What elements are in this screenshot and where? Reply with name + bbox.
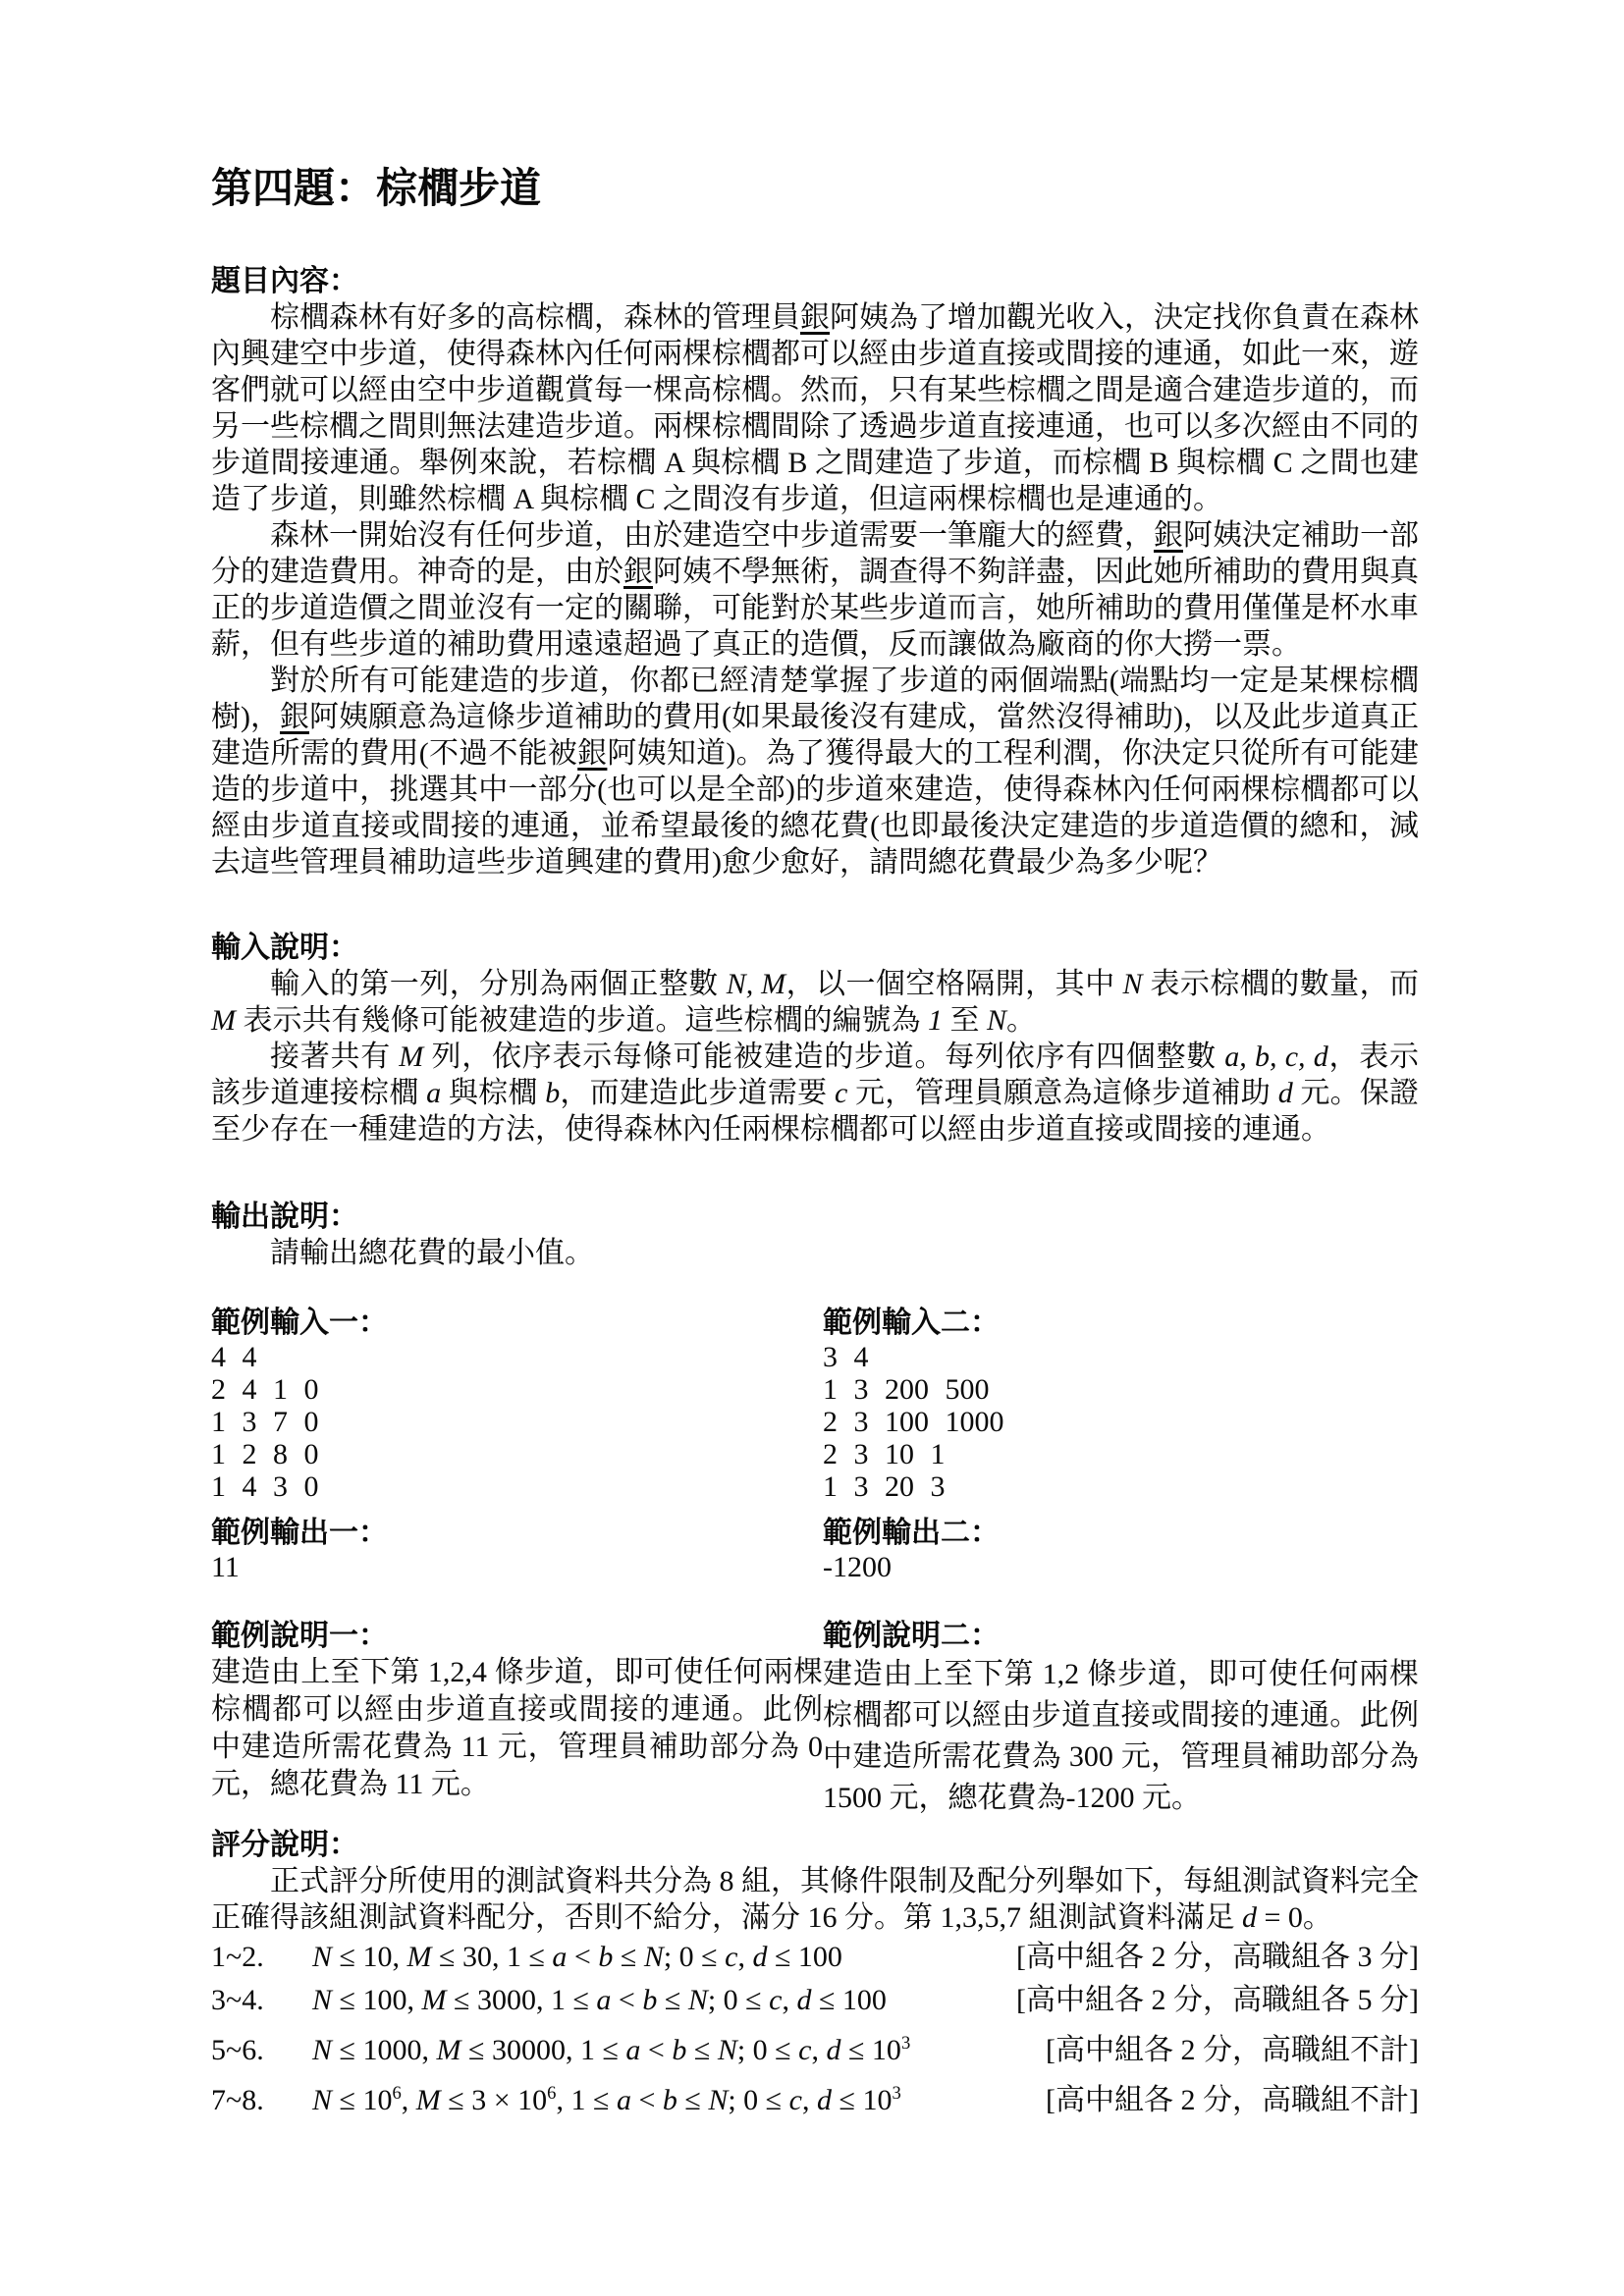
text-run: 組測試資料滿足 xyxy=(1021,1901,1242,1934)
text-run: ; 0 ≤ xyxy=(664,1941,725,1973)
text-run: d xyxy=(1242,1901,1257,1934)
sample-line: 3 4 xyxy=(823,1341,1419,1373)
sample-output-1-lines: 11 xyxy=(211,1551,823,1583)
text-run: ≤ 10 xyxy=(840,2034,900,2066)
heading-output-spec: 輸出說明： xyxy=(211,1199,1419,1235)
text-run: ≤ 30000, 1 ≤ xyxy=(460,2034,625,2066)
text-run: ，而建造此步道需要 xyxy=(560,1077,835,1109)
text-run: N xyxy=(312,1984,332,2016)
score-row-2-constraint: N ≤ 100, M ≤ 3000, 1 ≤ a < b ≤ N; 0 ≤ c,… xyxy=(312,1979,1016,2022)
sample-explanation-1: 範例說明一： 建造由上至下第 1,2,4 條步道，即可使任何兩棵棕櫚都可以經由步… xyxy=(211,1618,823,1819)
sample-line: 1 4 3 0 xyxy=(211,1470,823,1503)
text-run: d xyxy=(826,2034,840,2066)
text-run: ≤ 3 × 10 xyxy=(441,2084,547,2116)
text-run: 元。 xyxy=(1135,1782,1202,1814)
sample-input-1-lines: 4 42 4 1 01 3 7 01 2 8 01 4 3 0 xyxy=(211,1341,823,1503)
text-run: c xyxy=(798,2034,811,2066)
score-row-2-label: 3~4. xyxy=(211,1979,312,2022)
text-run: A xyxy=(664,447,683,479)
text-run: M xyxy=(406,1941,431,1973)
text-run: 8 xyxy=(720,1865,734,1897)
text-run: ≤ xyxy=(677,2084,708,2116)
text-run: 列，依序表示每條可能被建造的步道。每列依序有四個整數 xyxy=(423,1041,1224,1073)
text-run: 銀 xyxy=(577,737,607,770)
score-row-3-constraint: N ≤ 1000, M ≤ 30000, 1 ≤ a < b ≤ N; 0 ≤ … xyxy=(312,2022,1046,2072)
text-run: 表示共有幾條可能被建造的步道。這些棕櫚的編號為 xyxy=(236,1004,928,1037)
sample-line: 2 3 10 1 xyxy=(823,1438,1419,1470)
text-run: C xyxy=(636,483,656,515)
text-run: 3 xyxy=(892,2083,900,2104)
input-paragraph-1: 輸入的第一列，分別為兩個正整數 N, M，以一個空格隔開，其中 N 表示棕櫚的數… xyxy=(211,966,1419,1039)
text-run: a xyxy=(426,1077,441,1109)
text-run: a xyxy=(625,2034,640,2066)
text-run: 元，總花費為 xyxy=(882,1782,1066,1814)
text-run: 與棕櫚 xyxy=(1168,447,1272,479)
text-run: 至 xyxy=(943,1004,987,1037)
text-run: 16 xyxy=(808,1901,838,1934)
text-run: d xyxy=(817,2084,832,2116)
text-run: d xyxy=(796,1984,811,2016)
sample-line: 1 2 8 0 xyxy=(211,1438,823,1470)
text-run: a xyxy=(617,2084,631,2116)
sample-explanation-2: 範例說明二： 建造由上至下第 1,2 條步道，即可使任何兩棵棕櫚都可以經由步道直… xyxy=(823,1618,1419,1819)
score-row-4-constraint: N ≤ 106, M ≤ 3 × 106, 1 ≤ a < b ≤ N; 0 ≤… xyxy=(312,2072,1046,2122)
text-run: , xyxy=(802,2084,817,2116)
score-row-4-label: 7~8. xyxy=(211,2079,312,2122)
score-row-3: 5~6. N ≤ 1000, M ≤ 30000, 1 ≤ a < b ≤ N;… xyxy=(211,2022,1419,2072)
document-page: 第四題：棕櫚步道 題目內容： 棕櫚森林有好多的高棕櫚，森林的管理員銀阿姨為了增加… xyxy=(0,0,1624,2296)
sample-explanation-2-text: 建造由上至下第 1,2 條步道，即可使任何兩棵棕櫚都可以經由步道直接或間接的連通… xyxy=(823,1654,1419,1819)
score-row-2-note: [高中組各 2 分，高職組各 5 分] xyxy=(1016,1979,1419,2022)
text-run: ≤ 100, xyxy=(332,1984,421,2016)
heading-input-spec: 輸入說明： xyxy=(211,930,1419,966)
text-run: 元，管理員補助部分為 xyxy=(490,1731,809,1763)
score-row-3-label: 5~6. xyxy=(211,2029,312,2072)
text-run: < xyxy=(567,1941,598,1973)
sample-output-1: 範例輸出一： 11 xyxy=(211,1515,823,1583)
text-run: , xyxy=(782,1984,796,2016)
text-run: 接著共有 xyxy=(270,1041,399,1073)
text-run: ，以一個空格隔開，其中 xyxy=(785,968,1122,1000)
text-run: 。 xyxy=(1006,1004,1036,1037)
sample-input-2: 範例輸入二： 3 41 3 200 5002 3 100 10002 3 10 … xyxy=(823,1305,1419,1503)
text-run: 元，管理員願意為這條步道補助 xyxy=(847,1077,1277,1109)
text-run: 1,2,4 xyxy=(428,1656,487,1688)
text-run: < xyxy=(640,2034,672,2066)
text-run: a xyxy=(552,1941,567,1973)
score-row-2: 3~4. N ≤ 100, M ≤ 3000, 1 ≤ a < b ≤ N; 0… xyxy=(211,1979,1419,2022)
heading-sample-input-1: 範例輸入一： xyxy=(211,1305,823,1341)
sample-line: 2 4 1 0 xyxy=(211,1373,823,1406)
text-run: ≤ xyxy=(613,1941,643,1973)
text-run: M xyxy=(416,2084,441,2116)
text-run: 1,2 xyxy=(1043,1658,1080,1690)
text-run: 分。第 xyxy=(838,1901,941,1934)
text-run: 之間沒有步道，但這兩棵棕櫚也是連通的。 xyxy=(656,483,1223,515)
text-run: 銀 xyxy=(1154,519,1183,552)
sample-line: 1 3 20 3 xyxy=(823,1470,1419,1503)
text-run: 11 xyxy=(396,1768,424,1800)
text-run: A xyxy=(514,483,533,515)
text-run: -1200 xyxy=(1066,1782,1135,1814)
score-row-1: 1~2. N ≤ 10, M ≤ 30, 1 ≤ a < b ≤ N; 0 ≤ … xyxy=(211,1936,1419,1979)
text-run: ≤ 3000, 1 ≤ xyxy=(446,1984,596,2016)
text-run: N xyxy=(312,2084,332,2116)
text-run: ≤ 100 xyxy=(811,1984,886,2016)
sample-line: -1200 xyxy=(823,1551,1419,1583)
text-run: , 1 ≤ xyxy=(556,2084,616,2116)
page-title: 第四題：棕櫚步道 xyxy=(211,167,1419,212)
text-run: 1,3,5,7 xyxy=(941,1901,1022,1934)
output-paragraph-1: 請輸出總花費的最小值。 xyxy=(211,1235,1419,1271)
sample-line: 2 3 100 1000 xyxy=(823,1406,1419,1438)
text-run: 之間建造了步道，而棕櫚 xyxy=(807,447,1149,479)
text-run: < xyxy=(631,2084,663,2116)
text-run: 輸入的第一列，分別為兩個正整數 xyxy=(270,968,727,1000)
text-run: ≤ 10 xyxy=(832,2084,892,2116)
text-run: c xyxy=(769,1984,782,2016)
text-run: 棕櫚森林有好多的高棕櫚，森林的管理員 xyxy=(270,301,800,334)
text-run: 請輸出總花費的最小值。 xyxy=(270,1237,594,1269)
text-run: c xyxy=(835,1077,847,1109)
text-run: B xyxy=(787,447,807,479)
sample-line: 11 xyxy=(211,1551,823,1583)
text-run: N xyxy=(1122,968,1142,1000)
sample-line: 4 4 xyxy=(211,1341,823,1373)
score-row-1-constraint: N ≤ 10, M ≤ 30, 1 ≤ a < b ≤ N; 0 ≤ c, d … xyxy=(312,1936,1016,1979)
text-run: 銀 xyxy=(623,556,653,588)
sample-explanation-1-text: 建造由上至下第 1,2,4 條步道，即可使任何兩棵棕櫚都可以經由步道直接或間接的… xyxy=(211,1654,823,1803)
sample-input-2-lines: 3 41 3 200 5002 3 100 10002 3 10 11 3 20… xyxy=(823,1341,1419,1503)
heading-sample-explanation-2: 範例說明二： xyxy=(823,1618,1419,1654)
text-run: b xyxy=(663,2084,677,2116)
text-run: N xyxy=(312,1941,332,1973)
text-run: ≤ 10, xyxy=(332,1941,406,1973)
text-run: b xyxy=(672,2034,686,2066)
text-run: a xyxy=(596,1984,611,2016)
text-run: 森林一開始沒有任何步道，由於建造空中步道需要一筆龐大的經費， xyxy=(270,519,1154,552)
text-run: 銀 xyxy=(800,301,830,334)
problem-paragraph-1: 棕櫚森林有好多的高棕櫚，森林的管理員銀阿姨為了增加觀光收入，決定找你負責在森林內… xyxy=(211,299,1419,517)
text-run: N xyxy=(708,2084,728,2116)
text-run: ≤ xyxy=(686,2034,717,2066)
text-run: ≤ 10 xyxy=(332,2084,392,2116)
text-run: C xyxy=(1273,447,1293,479)
text-run: 表示棕櫚的數量，而 xyxy=(1142,968,1419,1000)
score-row-1-note: [高中組各 2 分，高職組各 3 分] xyxy=(1016,1936,1419,1979)
heading-problem-content: 題目內容： xyxy=(211,263,1419,299)
text-run: 正式評分所使用的測試資料共分為 xyxy=(270,1865,720,1897)
score-row-4: 7~8. N ≤ 106, M ≤ 3 × 106, 1 ≤ a < b ≤ N… xyxy=(211,2072,1419,2122)
text-run: c xyxy=(725,1941,737,1973)
text-run: 元，總花費為 xyxy=(211,1768,396,1800)
text-run: a, b, c, d xyxy=(1224,1041,1328,1073)
text-run: N xyxy=(644,1941,664,1973)
text-run: ≤ xyxy=(657,1984,687,2016)
text-run: b xyxy=(545,1077,560,1109)
score-row-1-label: 1~2. xyxy=(211,1936,312,1979)
text-run: 與棕櫚 xyxy=(533,483,636,515)
sample-explanations-section: 範例說明一： 建造由上至下第 1,2,4 條步道，即可使任何兩棵棕櫚都可以經由步… xyxy=(211,1618,1419,1819)
text-run: c xyxy=(789,2084,802,2116)
text-run: M xyxy=(436,2034,460,2066)
problem-paragraph-2: 森林一開始沒有任何步道，由於建造空中步道需要一筆龐大的經費，銀阿姨決定補助一部分… xyxy=(211,517,1419,663)
heading-scoring: 評分說明： xyxy=(211,1827,1419,1863)
text-run: 元。 xyxy=(423,1768,490,1800)
heading-sample-output-2: 範例輸出二： xyxy=(823,1515,1419,1551)
text-run: 。 xyxy=(1303,1901,1332,1934)
sample-input-1: 範例輸入一： 4 42 4 1 01 3 7 01 2 8 01 4 3 0 xyxy=(211,1305,823,1503)
text-run: 3 xyxy=(901,2033,910,2054)
text-run: B xyxy=(1149,447,1168,479)
text-run: 建造由上至下第 xyxy=(823,1658,1043,1690)
sample-line: 1 3 7 0 xyxy=(211,1406,823,1438)
text-run: 300 xyxy=(1069,1740,1113,1773)
text-run: d xyxy=(752,1941,767,1973)
text-run: M xyxy=(421,1984,446,2016)
text-run: , xyxy=(737,1941,752,1973)
text-run: 11 xyxy=(461,1731,490,1763)
text-run: ≤ 100 xyxy=(767,1941,841,1973)
text-run: < xyxy=(611,1984,642,2016)
text-run: ≤ 1000, xyxy=(332,2034,436,2066)
text-run: 與棕櫚 xyxy=(441,1077,545,1109)
text-run: , xyxy=(402,2084,416,2116)
text-run: 建造由上至下第 xyxy=(211,1656,428,1688)
text-run: M xyxy=(211,1004,236,1037)
text-run: ; 0 ≤ xyxy=(737,2034,798,2066)
text-run: ; 0 ≤ xyxy=(708,1984,769,2016)
text-run: d xyxy=(1278,1077,1293,1109)
sample-line: 1 3 200 500 xyxy=(823,1373,1419,1406)
text-run: 0 xyxy=(808,1731,823,1763)
text-run: N, M xyxy=(727,968,785,1000)
text-run: M xyxy=(399,1041,423,1073)
score-row-3-note: [高中組各 2 分，高職組不計] xyxy=(1046,2029,1419,2072)
text-run: 銀 xyxy=(280,701,309,733)
text-run: 元，管理員補助部分為 xyxy=(1113,1740,1419,1773)
text-run: N xyxy=(987,1004,1006,1037)
text-run: 1500 xyxy=(823,1782,882,1814)
text-run: , xyxy=(811,2034,826,2066)
text-run: 1 xyxy=(928,1004,943,1037)
sample-inputs-section: 範例輸入一： 4 42 4 1 01 3 7 01 2 8 01 4 3 0 範… xyxy=(211,1305,1419,1503)
scoring-intro: 正式評分所使用的測試資料共分為 8 組，其條件限制及配分列舉如下，每組測試資料完… xyxy=(211,1863,1419,1936)
text-run: b xyxy=(598,1941,613,1973)
text-run: N xyxy=(688,1984,708,2016)
problem-paragraph-3: 對於所有可能建造的步道，你都已經清楚掌握了步道的兩個端點(端點均一定是某棵棕櫚樹… xyxy=(211,663,1419,881)
heading-sample-explanation-1: 範例說明一： xyxy=(211,1618,823,1654)
text-run: N xyxy=(312,2034,332,2066)
text-run: 與棕櫚 xyxy=(683,447,787,479)
text-run: ≤ 30, 1 ≤ xyxy=(431,1941,552,1973)
text-run: 6 xyxy=(392,2083,401,2104)
heading-sample-output-1: 範例輸出一： xyxy=(211,1515,823,1551)
input-paragraph-2: 接著共有 M 列，依序表示每條可能被建造的步道。每列依序有四個整數 a, b, … xyxy=(211,1039,1419,1148)
text-run: N xyxy=(718,2034,737,2066)
heading-sample-input-2: 範例輸入二： xyxy=(823,1305,1419,1341)
text-run: ; 0 ≤ xyxy=(728,2084,788,2116)
sample-output-2: 範例輸出二： -1200 xyxy=(823,1515,1419,1583)
sample-output-2-lines: -1200 xyxy=(823,1551,1419,1583)
text-run: = 0 xyxy=(1257,1901,1303,1934)
text-run: b xyxy=(642,1984,657,2016)
score-row-4-note: [高中組各 2 分，高職組不計] xyxy=(1046,2079,1419,2122)
sample-outputs-section: 範例輸出一： 11 範例輸出二： -1200 xyxy=(211,1515,1419,1583)
